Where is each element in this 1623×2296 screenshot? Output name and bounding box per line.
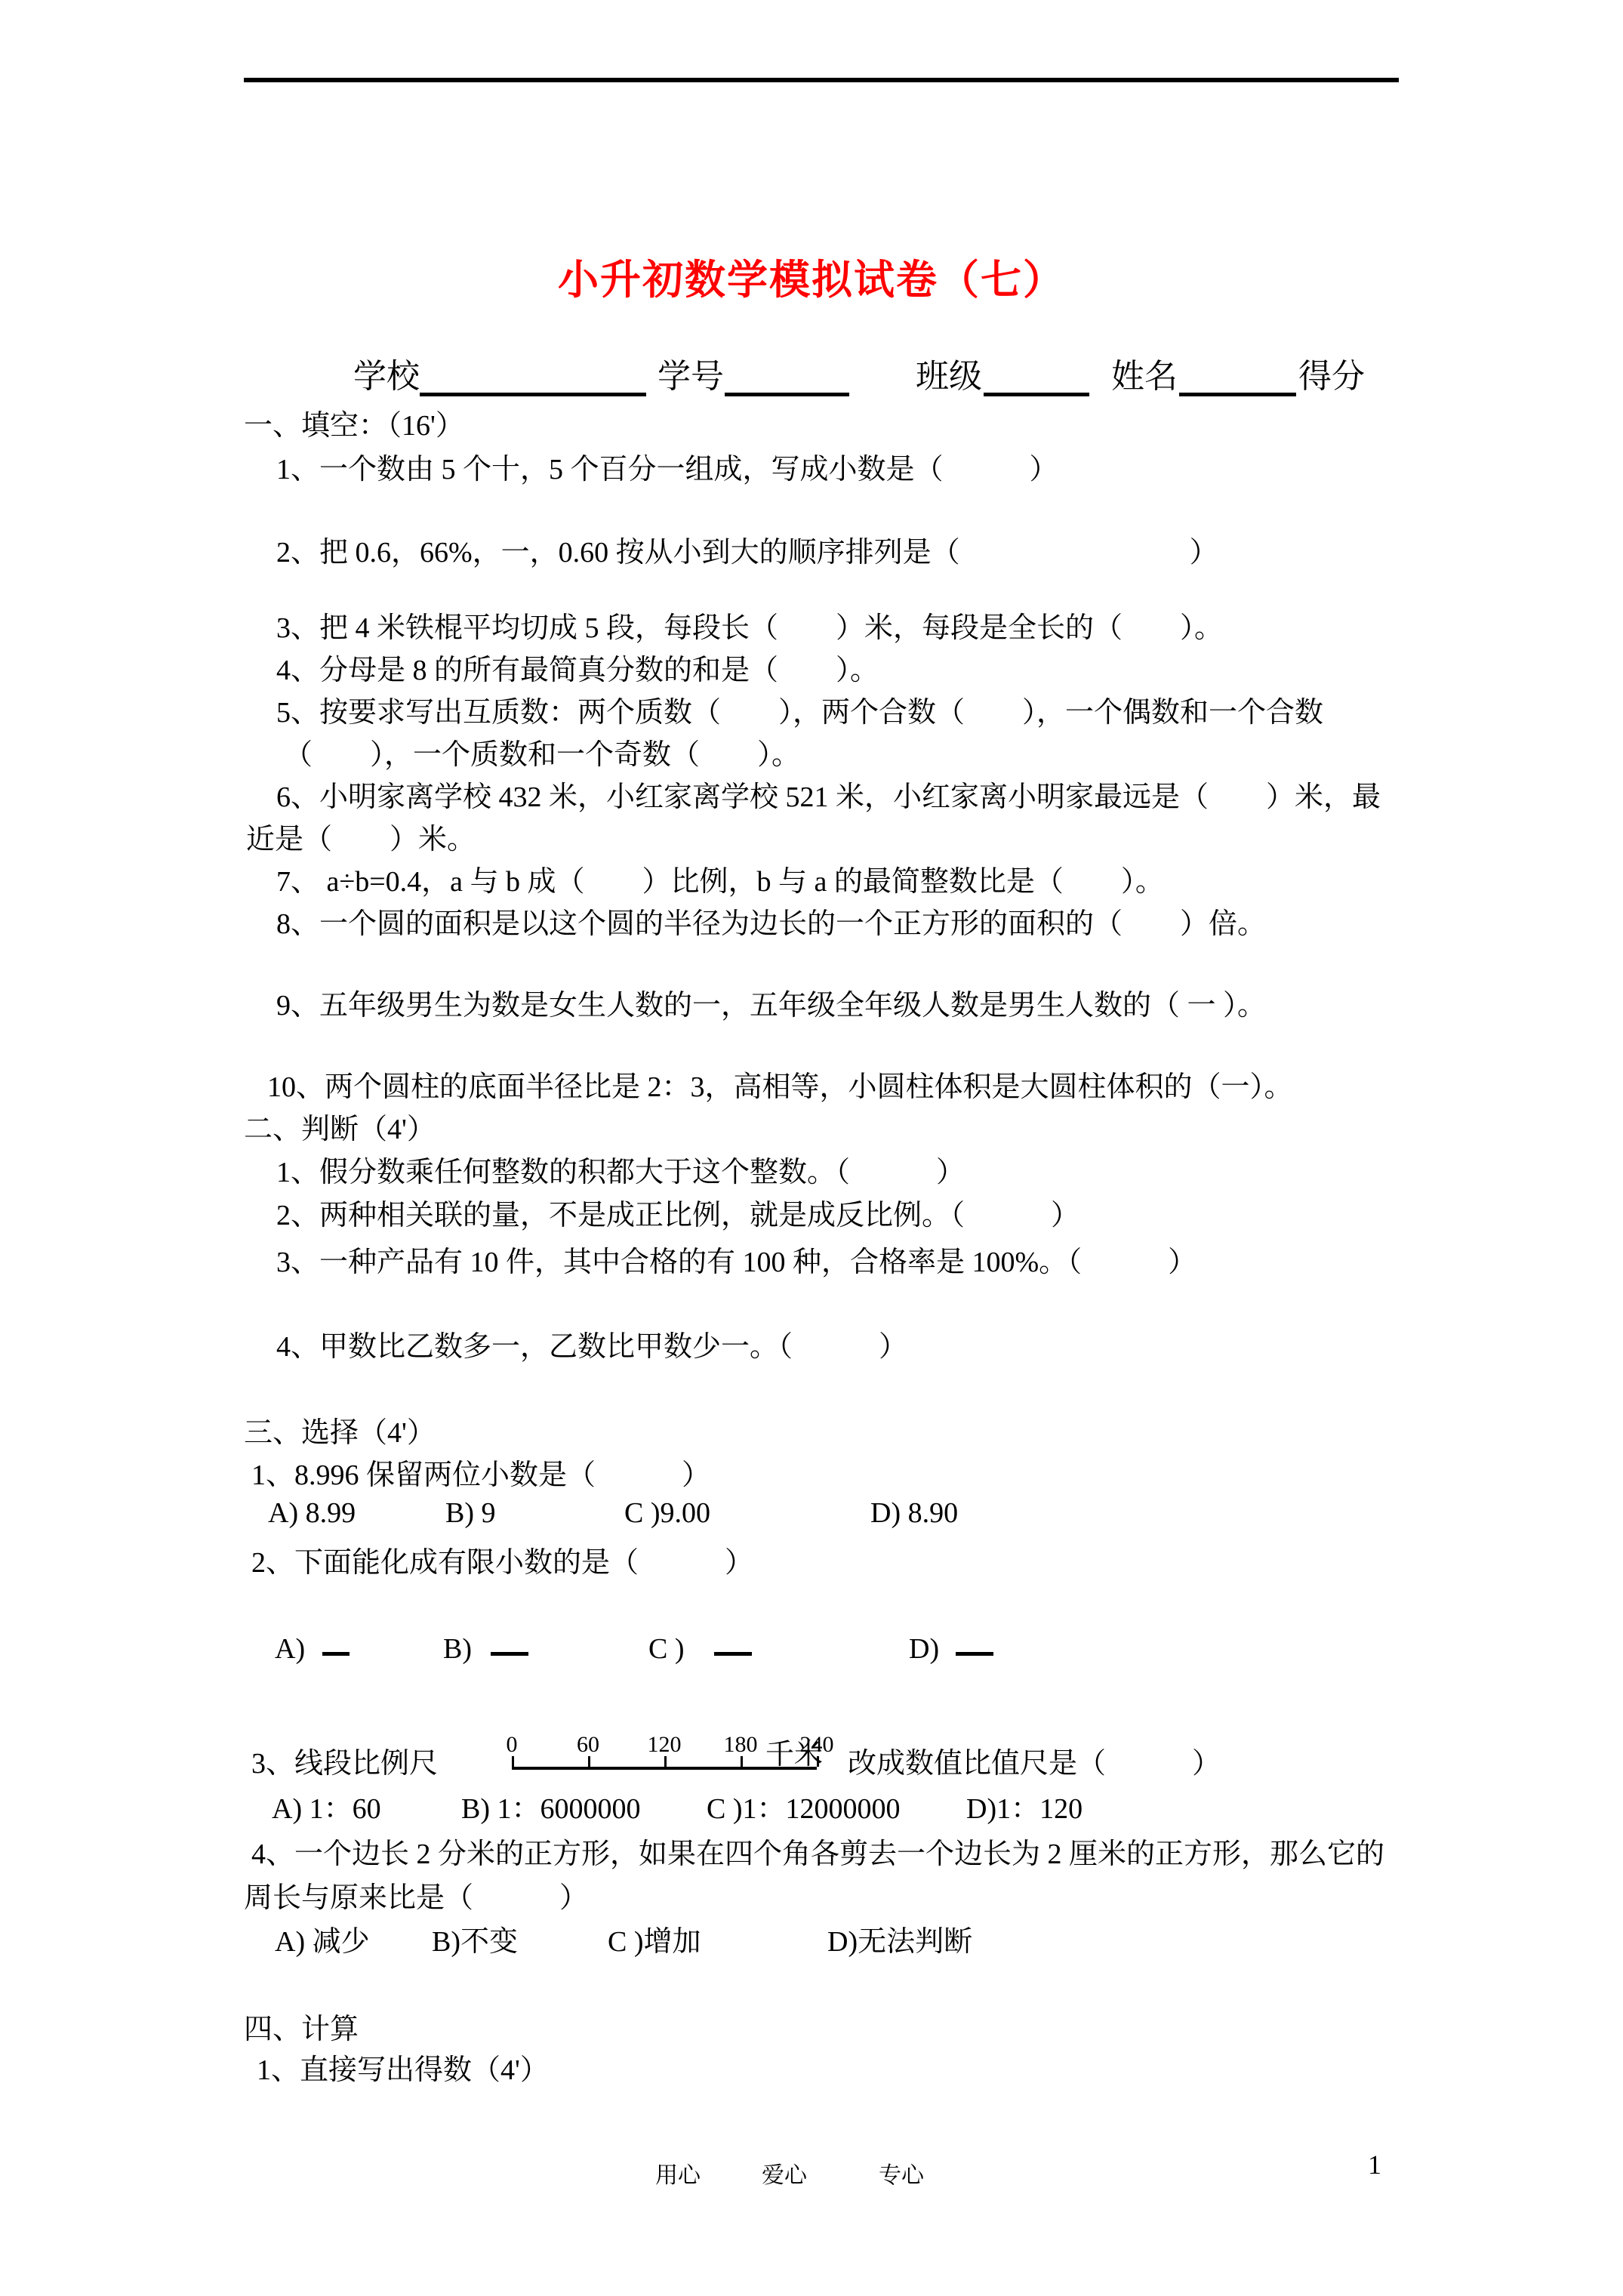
fill-q2-text: 2、把 0.6，66%，一，0.60 按从小到大的顺序排列是（ ） xyxy=(276,529,1218,570)
judge-q4-text: 4、甲数比乙数多一，乙数比甲数少一。（ ） xyxy=(276,1323,907,1364)
student-info-row: 学校学号班级姓名得分 xyxy=(0,0,1623,76)
ruler-number: 180 xyxy=(724,1732,758,1758)
fill-q6: 6、小明家离学校 432 米，小红家离学校 521 米，小红家离小明家最远是（ … xyxy=(0,773,1623,812)
section-choice-heading-text: 三、选择（4'） xyxy=(244,1409,436,1450)
choice-q1: 1、8.996 保留两位小数是（ ） xyxy=(0,1451,1623,1490)
option-a: A) xyxy=(275,1632,305,1666)
section-calc-heading: 四、计算 xyxy=(0,2005,1623,2045)
fraction-bar-b xyxy=(491,1652,528,1656)
fill-q4-text: 4、分母是 8 的所有最简真分数的和是（ ）。 xyxy=(276,646,879,688)
field-label-学校: 学校 xyxy=(353,349,420,397)
option-b: B) 1：6000000 xyxy=(461,1785,641,1826)
choice-q4-cont: 周长与原来比是（ ） xyxy=(0,1874,1623,1913)
fill-q7-text: 7、 a÷b=0.4，a 与 b 成（ ）比例，b 与 a 的最简整数比是（ ）… xyxy=(276,858,1164,899)
fill-q8-text: 8、一个圆的面积是以这个圆的半径为边长的一个正方形的面积的（ ）倍。 xyxy=(276,900,1266,942)
ruler-unit-label: 千米 xyxy=(765,1730,823,1772)
choice-q2: 2、下面能化成有限小数的是（ ） xyxy=(0,1539,1623,1578)
page-number: 1 xyxy=(1368,2149,1381,2180)
ruler-tick xyxy=(588,1756,590,1767)
footer-word: 用心 xyxy=(655,2156,701,2190)
ruler-tick xyxy=(741,1756,743,1767)
fraction-bar-c xyxy=(714,1652,752,1656)
fill-q10: 10、两个圆柱的底面半径比是 2：3，高相等，小圆柱体积是大圆柱体积的（一）。 xyxy=(0,1063,1623,1102)
field-blank-班级 xyxy=(984,349,1089,396)
judge-q1-text: 1、假分数乘任何整数的积都大于这个整数。（ ） xyxy=(276,1148,965,1190)
header-rule xyxy=(244,78,1399,82)
choice-q3-options: A) 1：60B) 1：6000000C )1：12000000D)1：120 xyxy=(0,1785,1623,1824)
fill-q5-cont: （ ），一个质数和一个奇数（ ）。 xyxy=(0,731,1623,770)
option-b: B) xyxy=(443,1632,472,1666)
calc-q1-text: 1、直接写出得数（4'） xyxy=(257,2046,549,2088)
fill-q1-text: 1、一个数由 5 个十，5 个百分一组成，写成小数是（ ） xyxy=(276,445,1058,487)
ruler-number: 60 xyxy=(577,1732,599,1758)
option-c: C )增加 xyxy=(608,1918,701,1959)
option-b: B)不变 xyxy=(432,1918,518,1959)
choice-q3-text: 改成数值比值尺是（ ） xyxy=(848,1740,1221,1781)
ruler-tick xyxy=(512,1756,514,1767)
option-d: D) xyxy=(909,1632,939,1666)
judge-q2: 2、两种相关联的量，不是成正比例，就是成反比例。（ ） xyxy=(0,1191,1623,1231)
choice-q4: 4、一个边长 2 分米的正方形，如果在四个角各剪去一个边长为 2 厘米的正方形，… xyxy=(0,1830,1623,1869)
scale-ruler-diagram: 060120180240千米 xyxy=(512,1737,817,1774)
fill-q8: 8、一个圆的面积是以这个圆的半径为边长的一个正方形的面积的（ ）倍。 xyxy=(0,900,1623,939)
fraction-bar-a xyxy=(322,1652,350,1656)
field-label-学号: 学号 xyxy=(658,349,724,397)
footer-word: 爱心 xyxy=(762,2156,807,2190)
fill-q6-cont: 近是（ ）米。 xyxy=(0,815,1623,855)
choice-q3: 3、线段比例尺060120180240千米改成数值比值尺是（ ） xyxy=(0,1740,1623,1779)
fill-q4: 4、分母是 8 的所有最简真分数的和是（ ）。 xyxy=(0,646,1623,686)
option-d: D)无法判断 xyxy=(827,1918,972,1959)
field-blank-学号 xyxy=(725,349,849,396)
ruler-number: 120 xyxy=(648,1732,682,1758)
ruler-tick xyxy=(664,1756,667,1767)
fill-q5-text: 5、按要求写出互质数：两个质数（ ），两个合数（ ），一个偶数和一个合数 xyxy=(276,689,1323,730)
choice-q4-cont-text: 周长与原来比是（ ） xyxy=(244,1874,588,1915)
fill-q6-cont-text: 近是（ ）米。 xyxy=(246,815,476,857)
option-b: B) 9 xyxy=(445,1496,496,1530)
fraction-bar-d xyxy=(956,1652,993,1656)
fill-q9-text: 9、五年级男生为数是女生人数的一，五年级全年级人数是男生人数的（ 一 ）。 xyxy=(276,982,1266,1023)
document-title: 小升初数学模拟试卷（七） xyxy=(0,248,1623,306)
option-a: A) 8.99 xyxy=(268,1496,356,1530)
calc-q1: 1、直接写出得数（4'） xyxy=(0,2046,1623,2085)
choice-q1-text: 1、8.996 保留两位小数是（ ） xyxy=(251,1451,710,1493)
choice-q1-options: A) 8.99B) 9C )9.00D) 8.90 xyxy=(0,1496,1623,1536)
fill-q6-text: 6、小明家离学校 432 米，小红家离学校 521 米，小红家离小明家最远是（ … xyxy=(276,773,1381,815)
option-c: C )9.00 xyxy=(624,1496,710,1530)
choice-q2-options: A)B)C )D) xyxy=(0,1632,1623,1672)
ruler-number: 0 xyxy=(507,1732,518,1758)
exam-page: 小升初数学模拟试卷（七） 学校学号班级姓名得分 用心爱心专心 1 一、填空：（1… xyxy=(0,0,1623,2296)
fill-q5-cont-text: （ ），一个质数和一个奇数（ ）。 xyxy=(284,731,800,772)
field-blank-学校 xyxy=(420,349,646,396)
option-a: A) 1：60 xyxy=(272,1785,381,1826)
choice-q2-text: 2、下面能化成有限小数的是（ ） xyxy=(251,1539,753,1580)
section-fill-heading: 一、填空：（16'） xyxy=(0,402,1623,441)
fill-q7: 7、 a÷b=0.4，a 与 b 成（ ）比例，b 与 a 的最简整数比是（ ）… xyxy=(0,858,1623,897)
fill-q2: 2、把 0.6，66%，一，0.60 按从小到大的顺序排列是（ ） xyxy=(0,529,1623,568)
fill-q10-text: 10、两个圆柱的底面半径比是 2：3，高相等，小圆柱体积是大圆柱体积的（一）。 xyxy=(267,1063,1293,1105)
option-d: D)1：120 xyxy=(966,1785,1083,1826)
judge-q3: 3、一种产品有 10 件，其中合格的有 100 种，合格率是 100%。（ ） xyxy=(0,1238,1623,1277)
judge-q4: 4、甲数比乙数多一，乙数比甲数少一。（ ） xyxy=(0,1323,1623,1362)
section-choice-heading: 三、选择（4'） xyxy=(0,1409,1623,1448)
section-calc-heading-text: 四、计算 xyxy=(244,2005,359,2047)
field-label-班级: 班级 xyxy=(916,349,982,397)
fill-q3-text: 3、把 4 米铁棍平均切成 5 段，每段长（ ）米，每段是全长的（ ）。 xyxy=(276,604,1223,646)
option-c: C )1：12000000 xyxy=(707,1785,901,1826)
option-d: D) 8.90 xyxy=(870,1496,958,1530)
fill-q3: 3、把 4 米铁棍平均切成 5 段，每段长（ ）米，每段是全长的（ ）。 xyxy=(0,604,1623,643)
option-c: C ) xyxy=(648,1632,685,1666)
fill-q5: 5、按要求写出互质数：两个质数（ ），两个合数（ ），一个偶数和一个合数 xyxy=(0,689,1623,728)
choice-q3-text: 3、线段比例尺 xyxy=(251,1740,438,1781)
footer-word: 专心 xyxy=(879,2156,924,2190)
judge-q1: 1、假分数乘任何整数的积都大于这个整数。（ ） xyxy=(0,1148,1623,1188)
section-judge-heading-text: 二、判断（4'） xyxy=(244,1105,436,1147)
field-label-姓名: 姓名 xyxy=(1111,349,1178,397)
judge-q2-text: 2、两种相关联的量，不是成正比例，就是成反比例。（ ） xyxy=(276,1191,1079,1233)
fill-q1: 1、一个数由 5 个十，5 个百分一组成，写成小数是（ ） xyxy=(0,445,1623,485)
field-label-得分: 得分 xyxy=(1298,349,1365,397)
fill-q9: 9、五年级男生为数是女生人数的一，五年级全年级人数是男生人数的（ 一 ）。 xyxy=(0,982,1623,1021)
option-a: A) 减少 xyxy=(275,1918,370,1959)
choice-q4-options: A) 减少B)不变C )增加D)无法判断 xyxy=(0,1918,1623,1957)
section-judge-heading: 二、判断（4'） xyxy=(0,1105,1623,1145)
choice-q4-text: 4、一个边长 2 分米的正方形，如果在四个角各剪去一个边长为 2 厘米的正方形，… xyxy=(251,1830,1384,1872)
section-fill-heading-text: 一、填空：（16'） xyxy=(244,402,464,443)
field-blank-姓名 xyxy=(1179,349,1296,396)
judge-q3-text: 3、一种产品有 10 件，其中合格的有 100 种，合格率是 100%。（ ） xyxy=(276,1238,1196,1280)
